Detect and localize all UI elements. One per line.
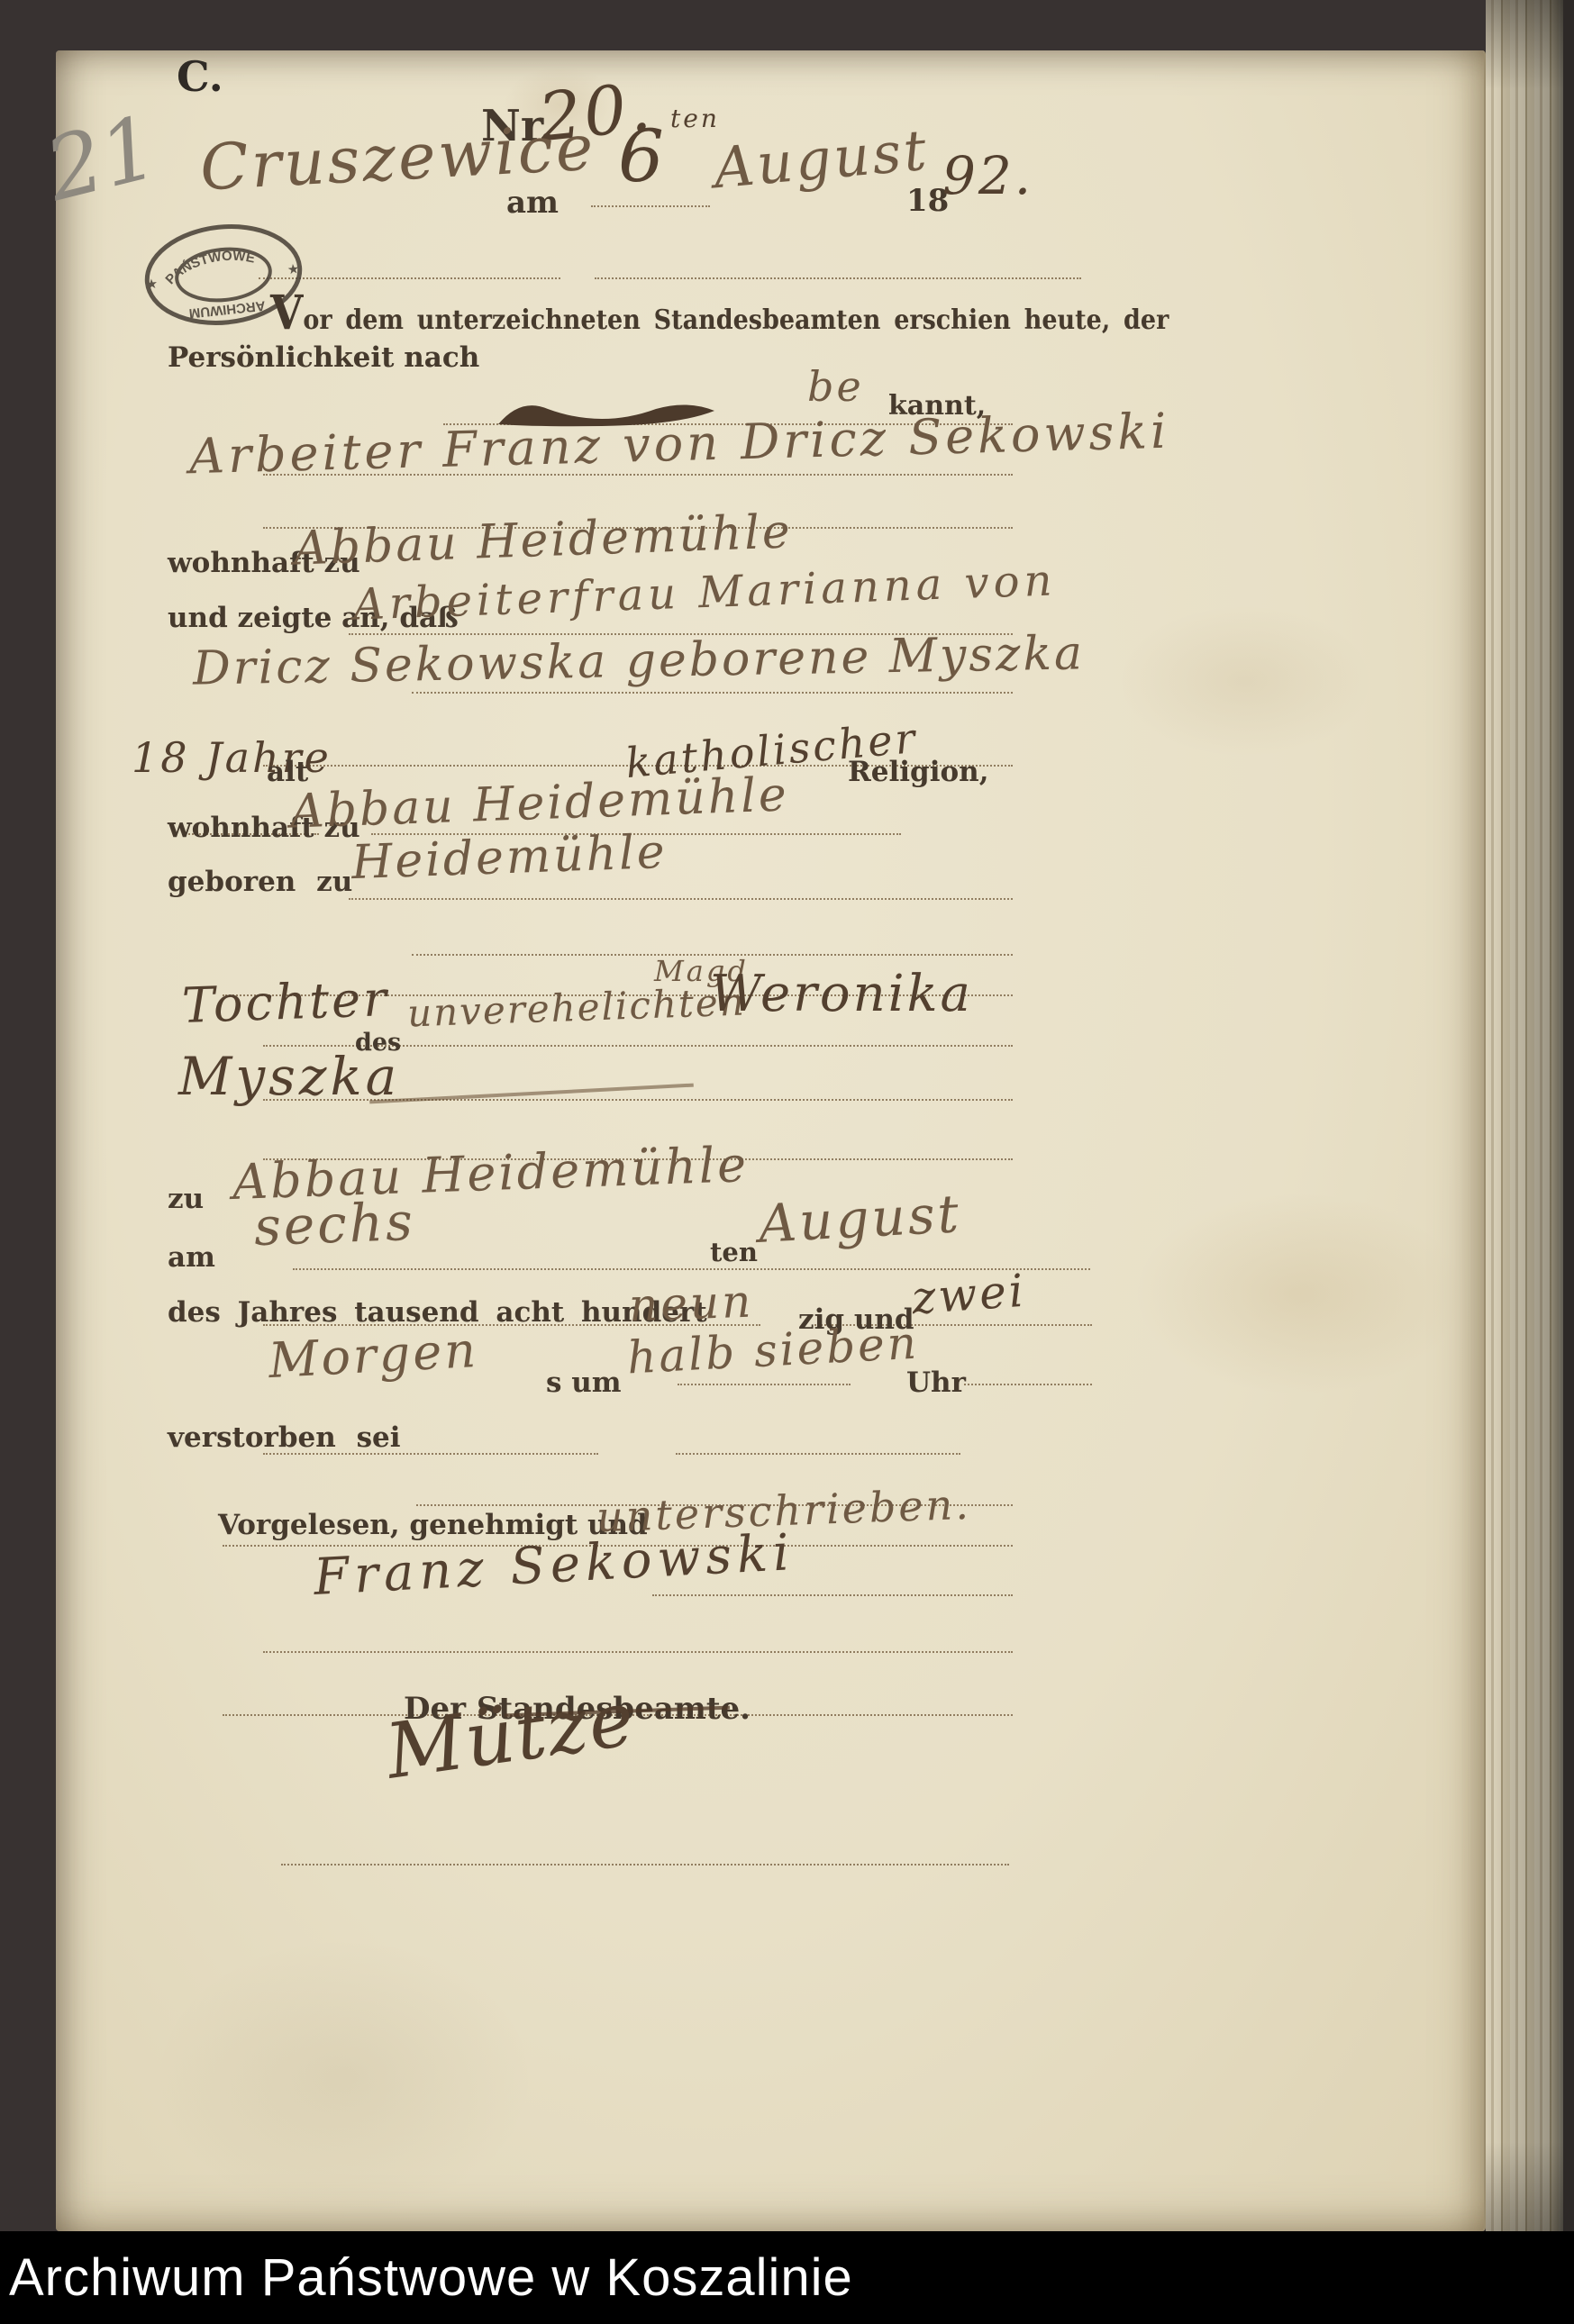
dotted-line	[263, 1651, 1013, 1653]
scanned-document-view: C. 21 Nr. 20. Cruszewice am 6 ten August…	[0, 0, 1574, 2324]
svg-text:★: ★	[145, 277, 159, 293]
intro-line: Vor dem unterzeichneten Standesbeamten e…	[270, 290, 1169, 337]
uhr-label: Uhr	[906, 1369, 966, 1397]
dotted-line	[349, 898, 1013, 900]
svg-text:★: ★	[287, 262, 300, 277]
am-label: am	[506, 187, 559, 218]
recognition-hand: be	[807, 366, 864, 407]
death-time-printed1: s um	[546, 1369, 622, 1397]
year-handwritten: 92.	[942, 150, 1033, 202]
death-year-hand2: zwei	[910, 1268, 1027, 1321]
parentage-mother-name: Weronika	[710, 969, 973, 1020]
verstorben-label: verstorben sei	[168, 1424, 401, 1452]
persoenlichkeit-label: Persönlichkeit nach	[168, 344, 479, 372]
death-date-day-hand: sechs	[253, 1195, 416, 1253]
ten-label: ten	[710, 1239, 758, 1266]
dotted-line	[595, 277, 1081, 279]
alt-label: alt	[267, 758, 308, 786]
parentage-hand-prefix: Tochter	[181, 975, 390, 1030]
svg-text:PAŃSTWOWE: PAŃSTWOWE	[160, 245, 259, 288]
dotted-line	[652, 1594, 1013, 1596]
archive-footer-label: Archiwum Państwowe w Koszalinie	[9, 2237, 853, 2319]
background-gap	[1563, 0, 1574, 2231]
birthplace-label: geboren zu	[168, 868, 352, 896]
date-day-suffix: ten	[670, 106, 720, 132]
dotted-line	[281, 1864, 1009, 1866]
death-date-am-label: am	[168, 1244, 215, 1272]
death-place-label: zu	[168, 1185, 204, 1213]
date-day: 6	[618, 121, 667, 193]
death-date-month-hand: August	[758, 1187, 963, 1250]
death-time-hand1: Morgen	[268, 1326, 479, 1385]
birthplace-value: Heidemühle	[350, 829, 668, 886]
dotted-line	[676, 1453, 960, 1455]
dotted-line	[591, 205, 710, 207]
register-page	[56, 50, 1486, 2231]
death-year-hand1: neun	[628, 1279, 754, 1329]
dotted-line	[964, 1384, 1092, 1385]
archive-footer-bar: Archiwum Państwowe w Koszalinie	[0, 2231, 1574, 2324]
parentage-hand-mid: unverehelichten	[406, 983, 746, 1032]
parentage-surname: Myszka	[178, 1050, 400, 1103]
religion-label: Religion,	[848, 758, 989, 786]
margin-pencil-note: 21	[38, 104, 166, 214]
page-edge-stack	[1486, 0, 1563, 2231]
dotted-line	[678, 1384, 851, 1385]
dotted-line	[412, 692, 1013, 694]
form-letter: C.	[177, 56, 223, 97]
